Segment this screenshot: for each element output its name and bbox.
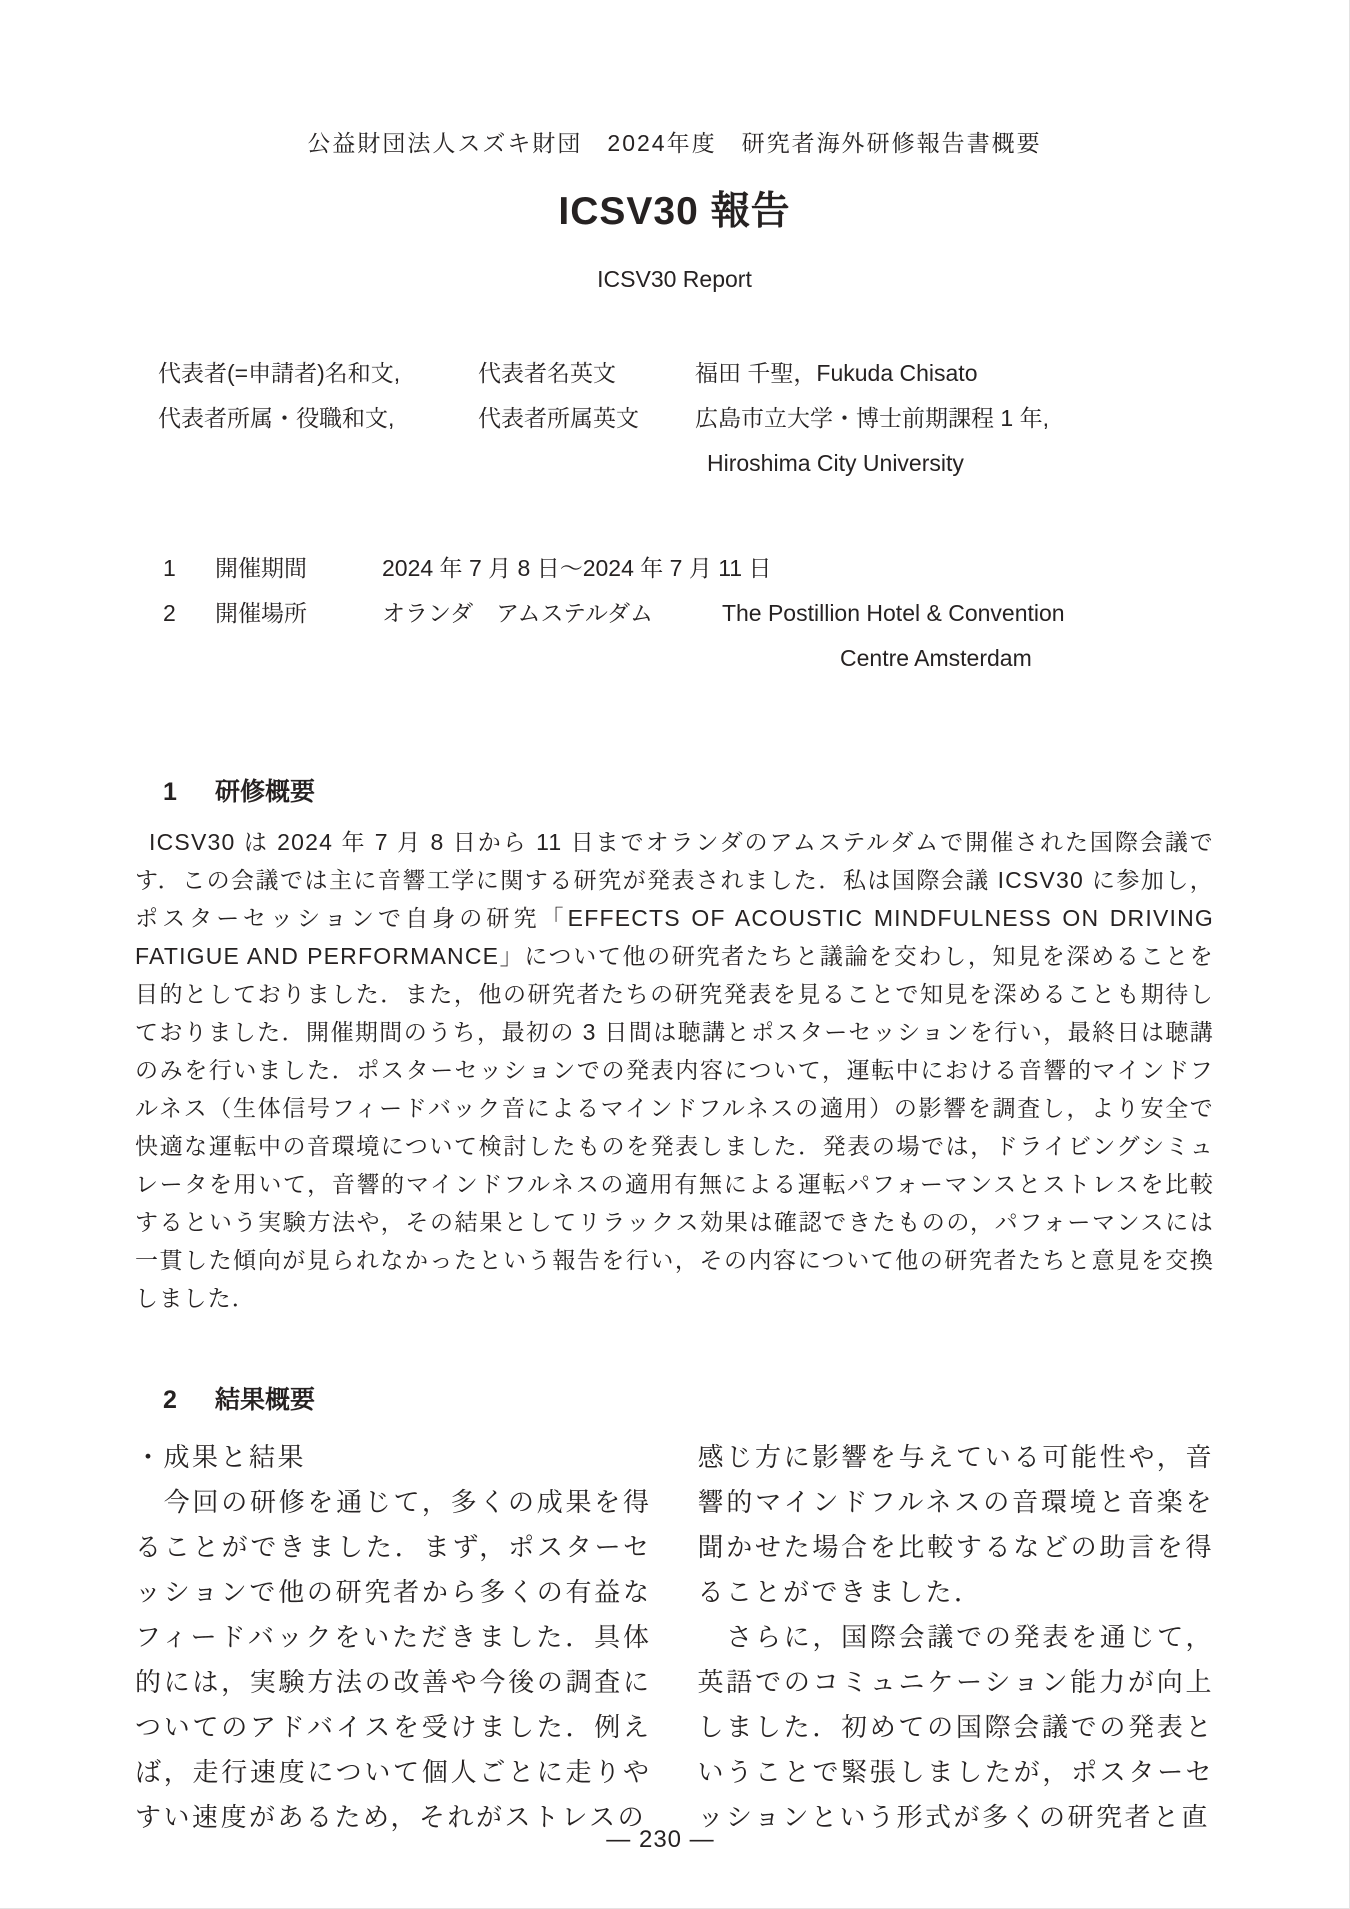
rep-label-en: 代表者名英文 [478, 351, 695, 396]
representative-row: Hiroshima City University [158, 441, 1214, 486]
two-column-layout: ・成果と結果 今回の研修を通じて，多くの成果を得ることができました．まず，ポスタ… [135, 1435, 1214, 1840]
rep-value: 広島市立大学・博士前期課程 1 年, [695, 396, 1214, 441]
document-header: 公益財団法人スズキ財団 2024年度 研究者海外研修報告書概要 [135, 130, 1214, 158]
rep-label-ja: 代表者(=申請者)名和文, [158, 351, 478, 396]
column-left-text: ・成果と結果 今回の研修を通じて，多くの成果を得ることができました．まず，ポスタ… [135, 1435, 652, 1840]
page-number: — 230 — [0, 1826, 1321, 1854]
item-number: 2 [163, 591, 215, 681]
item-label: 開催期間 [215, 546, 382, 591]
page-subtitle: ICSV30 Report [135, 267, 1214, 292]
item-value-line1: オランダ アムステルダム The Postillion Hotel & Conv… [382, 600, 1065, 626]
rep-label-ja: 代表者所属・役職和文, [158, 396, 478, 441]
item-number: 1 [163, 546, 215, 591]
item-value: オランダ アムステルダム The Postillion Hotel & Conv… [382, 591, 1214, 681]
rep-label-en: 代表者所属英文 [478, 396, 695, 441]
event-detail-row: 1 開催期間 2024 年 7 月 8 日～2024 年 7 月 11 日 [163, 546, 1214, 591]
event-detail-row: 2 開催場所 オランダ アムステルダム The Postillion Hotel… [163, 591, 1214, 681]
document-content: 公益財団法人スズキ財団 2024年度 研究者海外研修報告書概要 ICSV30 報… [0, 0, 1349, 1840]
section-number: 1 [163, 777, 215, 807]
item-value: 2024 年 7 月 8 日～2024 年 7 月 11 日 [382, 546, 1214, 591]
section-2-heading: 2結果概要 [135, 1385, 1214, 1415]
section-1-body: ICSV30 は 2024 年 7 月 8 日から 11 日までオランダのアムス… [135, 823, 1214, 1317]
page-title: ICSV30 報告 [135, 191, 1214, 234]
rep-value: 福田 千聖，Fukuda Chisato [695, 351, 1214, 396]
representative-row: 代表者(=申請者)名和文, 代表者名英文 福田 千聖，Fukuda Chisat… [158, 351, 1214, 396]
section-1-heading: 1研修概要 [135, 777, 1214, 807]
rep-value-continuation: Hiroshima City University [695, 441, 1214, 486]
section-number: 2 [163, 1385, 215, 1415]
section-heading-text: 研修概要 [215, 778, 315, 806]
column-right-text: 感じ方に影響を与えている可能性や，音響的マインドフルネスの音環境と音楽を聞かせた… [698, 1435, 1215, 1840]
item-value-continuation: Centre Amsterdam [840, 636, 1214, 681]
event-details: 1 開催期間 2024 年 7 月 8 日～2024 年 7 月 11 日 2 … [135, 546, 1214, 681]
item-label: 開催場所 [215, 591, 382, 681]
document-page: 公益財団法人スズキ財団 2024年度 研究者海外研修報告書概要 ICSV30 報… [0, 0, 1350, 1909]
representative-row: 代表者所属・役職和文, 代表者所属英文 広島市立大学・博士前期課程 1 年, [158, 396, 1214, 441]
section-heading-text: 結果概要 [215, 1386, 315, 1414]
representative-info: 代表者(=申請者)名和文, 代表者名英文 福田 千聖，Fukuda Chisat… [135, 351, 1214, 486]
